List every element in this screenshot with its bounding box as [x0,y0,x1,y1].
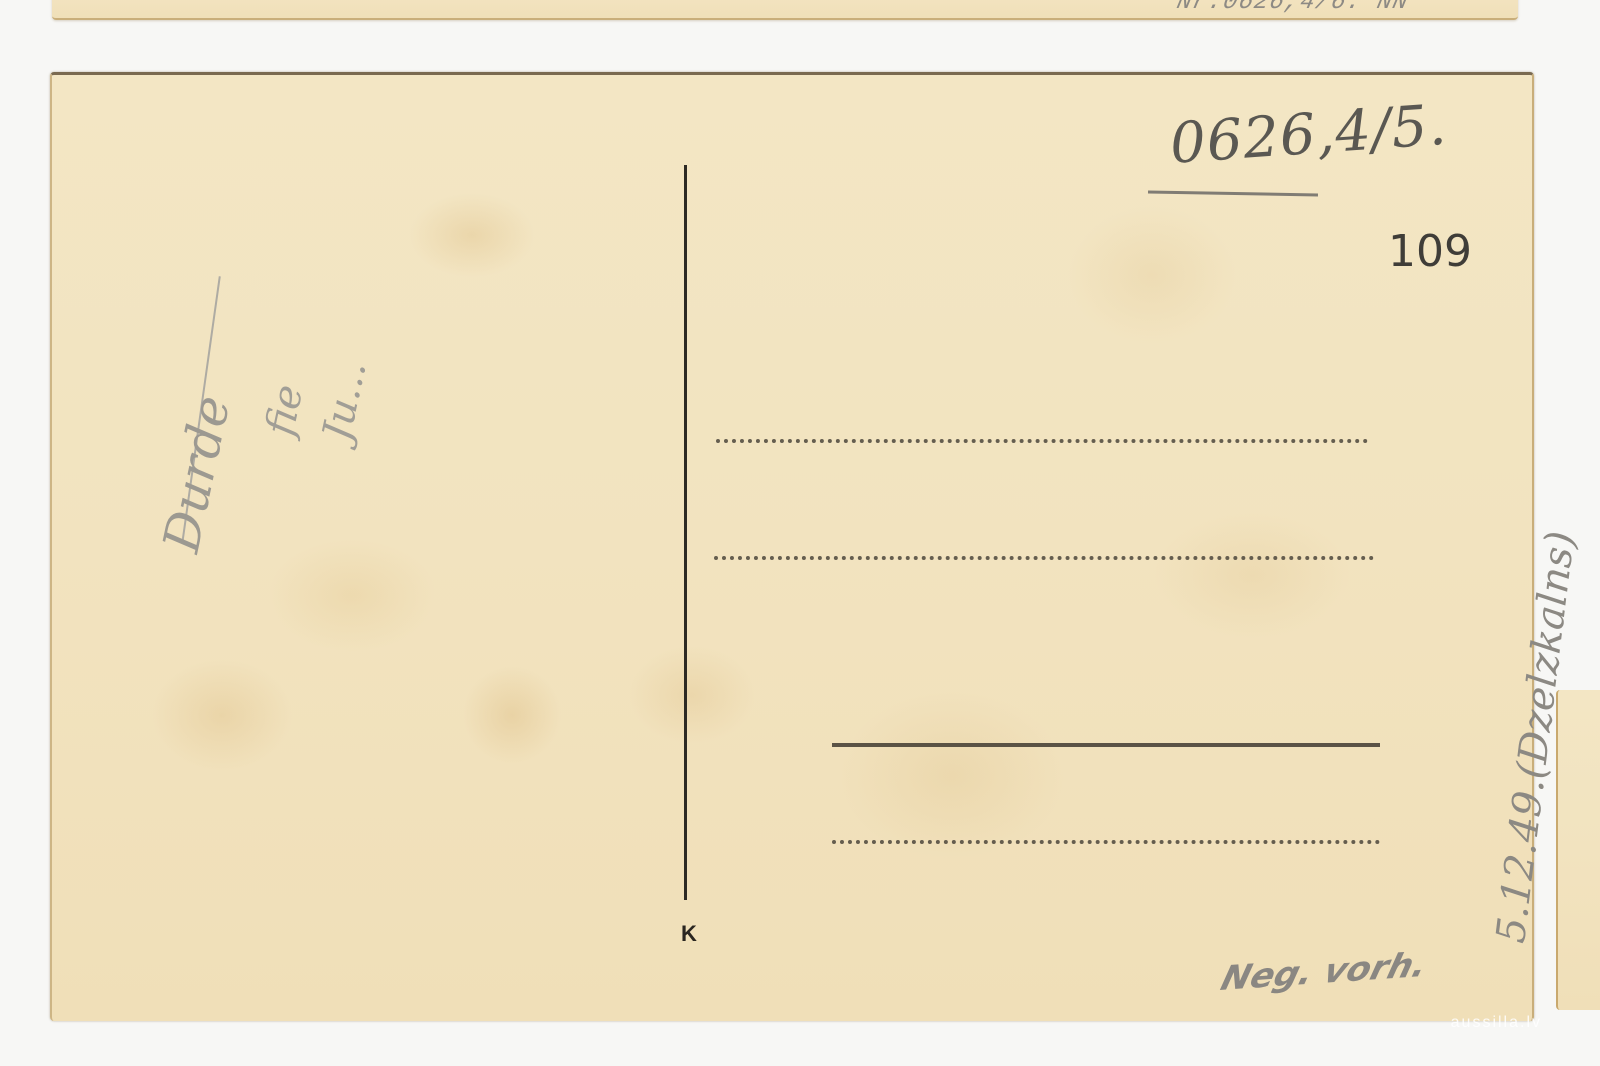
adjacent-postcard-right [1556,690,1600,1010]
address-line-3 [832,743,1380,747]
pencil-word-2: fie [257,381,312,440]
postcard-back: Durde fie Ju... [50,72,1534,1021]
address-line-1 [716,439,1368,443]
top-card-note: Nr.0626,4/6. NN [1174,0,1411,16]
pencil-word-1: Durde [152,391,242,557]
watermark: aussilla.lv [1451,1014,1542,1032]
adjacent-postcard-top: Nr.0626,4/6. NN [52,0,1518,20]
message-address-divider [684,165,687,900]
pencil-word-3: Ju... [314,357,376,445]
divider-mark: K [681,921,697,947]
address-line-4 [832,840,1380,844]
item-number: 109 [1388,226,1472,277]
address-line-2 [714,556,1374,560]
